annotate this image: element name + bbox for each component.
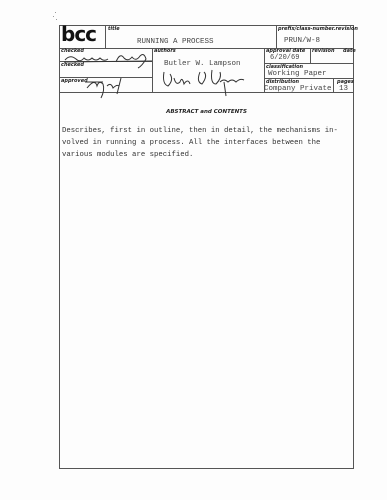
abstract-line: volved in running a process. All the int… [62,137,352,149]
approved-label: approved [61,78,88,84]
divider-number [276,25,277,48]
revision-date-label: date [343,48,356,54]
authors-label: authors [154,48,176,54]
abstract-text: Describes, first in outline, then in det… [62,125,352,161]
abstract-line: Describes, first in outline, then in det… [62,125,352,137]
divider-pages [333,78,334,92]
number-label: prefix/class-number.revision [278,26,358,32]
divider-logo [105,25,106,48]
classification-value: Working Paper [268,70,327,78]
document-number: PRUN/W-8 [284,37,320,45]
checked-signature [62,50,157,70]
abstract-line: various modules are specified. [62,149,352,161]
pages-value: 13 [339,85,348,93]
revision-label: revision [312,48,335,54]
title-label: title [108,26,120,32]
divider-revision [310,48,311,63]
document-title: RUNNING A PROCESS [137,38,214,46]
distribution-value: Company Private [264,85,332,93]
approved-signature [85,76,130,100]
abstract-heading: ABSTRACT and CONTENTS [59,109,354,115]
scan-speck [56,19,57,20]
approval-date: 6/20/69 [270,54,299,62]
scan-speck [55,12,56,13]
bcc-logo: bcc [61,22,96,46]
scan-speck [53,16,54,17]
author-signature [160,66,250,98]
